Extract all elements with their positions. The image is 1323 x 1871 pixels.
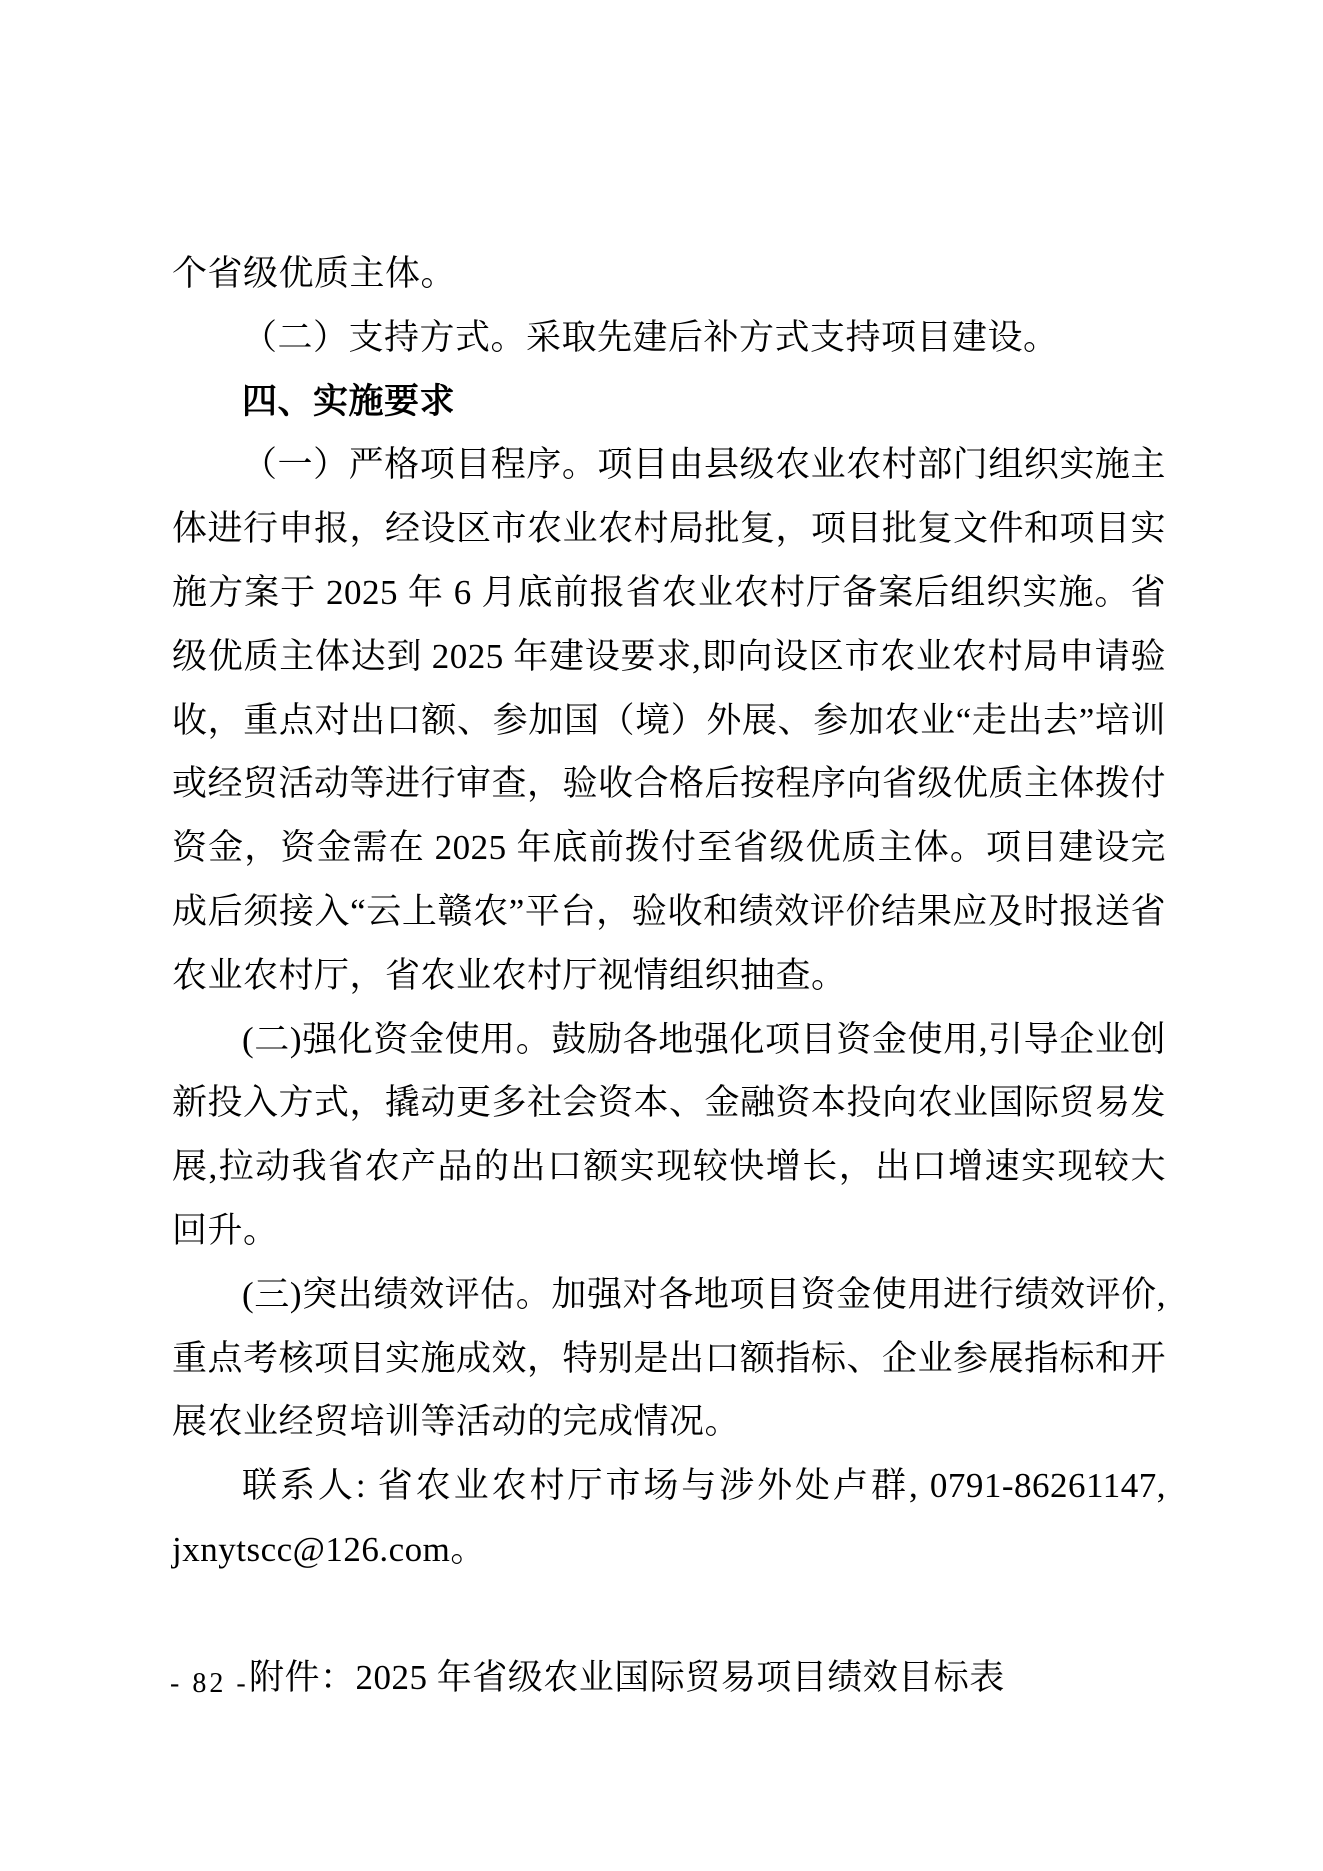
paragraph-text: 项目由县级农业农村部门组织实施主体进行申报，经设区市农业农村局批复，项目批复文件… [172, 445, 1166, 994]
paragraph-lead: （二）支持方式。 [242, 318, 526, 357]
attachment-note: 附件：2025 年省级农业国际贸易项目绩效目标表 [172, 1646, 1166, 1710]
paragraph-support-method: （二）支持方式。采取先建后补方式支持项目建设。 [172, 306, 1166, 370]
paragraph-text: 采取先建后补方式支持项目建设。 [526, 318, 1059, 357]
paragraph-contact: 联系人: 省农业农村厅市场与涉外处卢群, 0791-86261147, jxny… [172, 1454, 1166, 1582]
paragraph-performance-evaluation: (三)突出绩效评估。加强对各地项目资金使用进行绩效评价,重点考核项目实施成效，特… [172, 1263, 1166, 1454]
page-number: - 82 - [170, 1664, 249, 1704]
paragraph-fund-usage: (二)强化资金使用。鼓励各地强化项目资金使用,引导企业创新投入方式，撬动更多社会… [172, 1008, 1166, 1263]
document-page: { "page": { "background": "#ffffff", "te… [0, 0, 1323, 1871]
document-body: 个省级优质主体。 （二）支持方式。采取先建后补方式支持项目建设。 四、实施要求 … [172, 242, 1166, 1709]
paragraph-carryover: 个省级优质主体。 [172, 242, 1166, 306]
paragraph-project-procedure: （一）严格项目程序。项目由县级农业农村部门组织实施主体进行申报，经设区市农业农村… [172, 433, 1166, 1007]
paragraph-lead: (三)突出绩效评估。 [242, 1275, 551, 1314]
paragraph-lead: （一）严格项目程序。 [242, 445, 597, 484]
paragraph-lead: (二)强化资金使用。 [242, 1020, 551, 1059]
blank-line [172, 1582, 1166, 1646]
section-heading: 四、实施要求 [172, 370, 1166, 434]
